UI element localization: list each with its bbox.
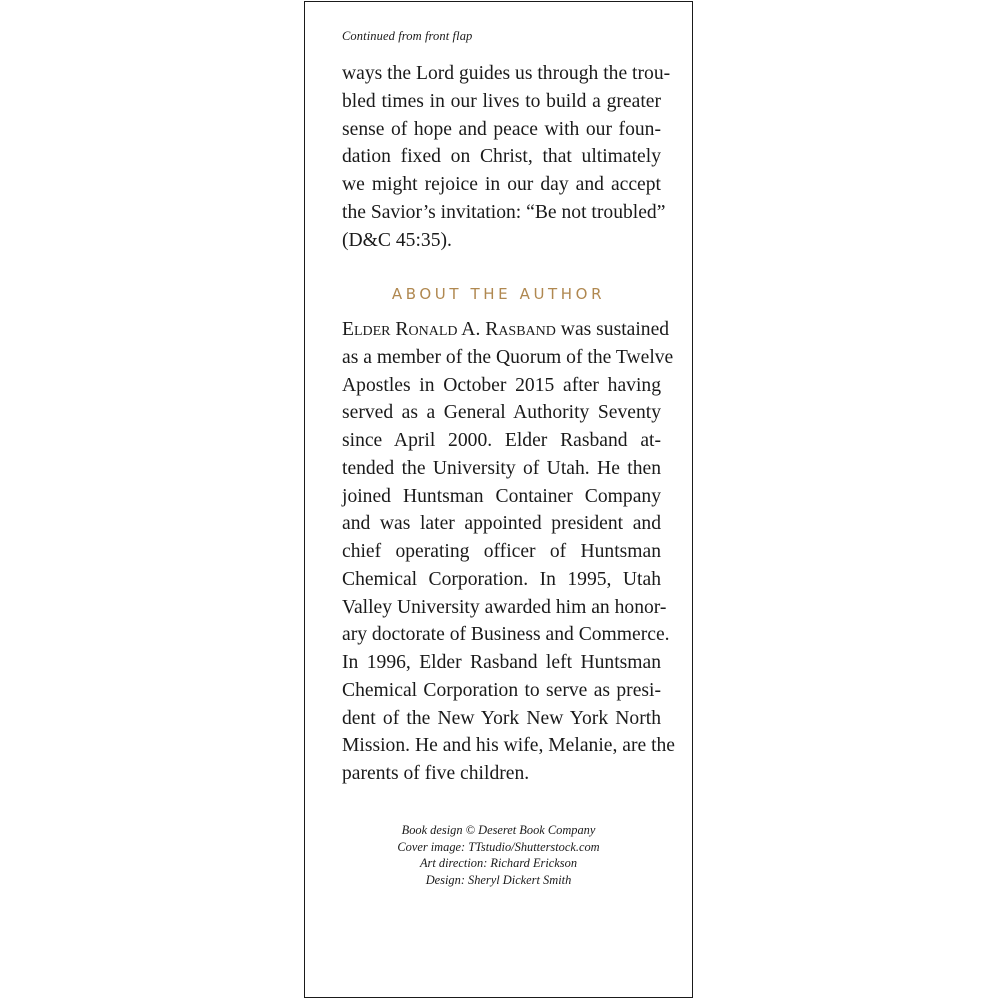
intro-line: dation fixed on Christ, that ultimately xyxy=(342,143,661,171)
author-bio-line: Chemical Corporation to serve as presi- xyxy=(342,677,661,705)
intro-line: sense of hope and peace with our foun- xyxy=(342,116,661,144)
intro-line: ways the Lord guides us through the trou… xyxy=(342,60,661,88)
author-bio-line: Mission. He and his wife, Melanie, are t… xyxy=(342,732,661,760)
author-bio-line: parents of five children. xyxy=(342,760,661,788)
author-bio-line: Chemical Corporation. In 1995, Utah xyxy=(342,566,661,594)
author-bio-line: Valley University awarded him an honor- xyxy=(342,594,661,622)
intro-line: we might rejoice in our day and accept xyxy=(342,171,661,199)
author-bio-line: In 1996, Elder Rasband left Huntsman xyxy=(342,649,661,677)
continued-from-front-flap-label: Continued from front flap xyxy=(342,29,472,44)
author-bio-line: Apostles in October 2015 after having xyxy=(342,372,661,400)
author-bio-line: since April 2000. Elder Rasband at- xyxy=(342,427,661,455)
intro-line: the Savior’s invitation: “Be not trouble… xyxy=(342,199,661,227)
credit-cover-image: Cover image: TTstudio/Shutterstock.com xyxy=(305,839,692,856)
author-bio-paragraph: Elder Ronald A. Rasband was sustained as… xyxy=(342,316,661,788)
back-flap-panel: Continued from front flap ways the Lord … xyxy=(304,1,693,998)
author-bio-first-line-text: was sustained xyxy=(556,319,669,340)
author-bio-line: chief operating officer of Huntsman xyxy=(342,538,661,566)
author-bio-line: served as a General Authority Seventy xyxy=(342,399,661,427)
book-credits: Book design © Deseret Book Company Cover… xyxy=(305,822,692,888)
author-bio-line: and was later appointed president and xyxy=(342,510,661,538)
author-name: Elder Ronald A. Rasband xyxy=(342,319,556,340)
credit-design: Design: Sheryl Dickert Smith xyxy=(305,872,692,889)
author-bio-line: Elder Ronald A. Rasband was sustained xyxy=(342,316,661,344)
author-bio-line: joined Huntsman Container Company xyxy=(342,483,661,511)
intro-line: (D&C 45:35). xyxy=(342,227,661,255)
credit-book-design: Book design © Deseret Book Company xyxy=(305,822,692,839)
author-bio-line: dent of the New York New York North xyxy=(342,705,661,733)
author-bio-line: tended the University of Utah. He then xyxy=(342,455,661,483)
author-bio-line: as a member of the Quorum of the Twelve xyxy=(342,344,661,372)
credit-art-direction: Art direction: Richard Erickson xyxy=(305,855,692,872)
author-bio-line: ary doctorate of Business and Commerce. xyxy=(342,621,661,649)
intro-line: bled times in our lives to build a great… xyxy=(342,88,661,116)
intro-paragraph: ways the Lord guides us through the trou… xyxy=(342,60,661,254)
about-the-author-heading: ABOUT THE AUTHOR xyxy=(305,285,692,303)
